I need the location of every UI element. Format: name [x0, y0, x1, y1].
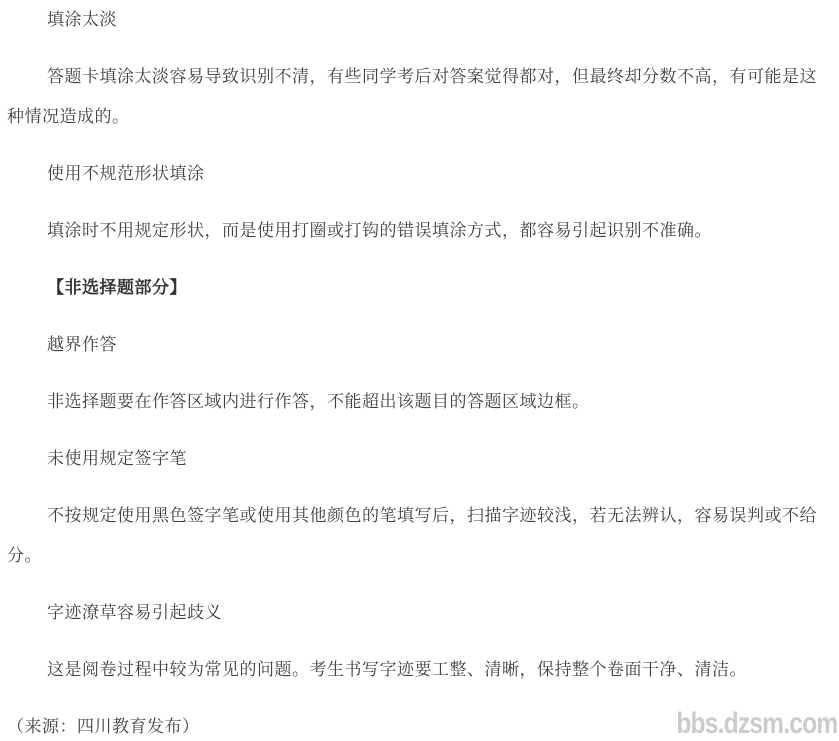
- watermark-text: bbs.dzsm.com: [676, 707, 837, 740]
- section-heading-non-multiple-choice: 【非选择题部分】: [7, 268, 831, 308]
- paragraph-sloppy-handwriting: 这是阅卷过程中较为常见的问题。考生书写字迹要工整、清晰，保持整个卷面干净、清洁。: [7, 650, 831, 690]
- subhead-fill-too-light: 填涂太淡: [7, 0, 831, 40]
- subhead-wrong-pen: 未使用规定签字笔: [7, 439, 831, 479]
- article-body: 填涂太淡 答题卡填涂太淡容易导致识别不清，有些同学考后对答案觉得都对，但最终却分…: [0, 0, 839, 741]
- paragraph-irregular-shape-fill: 填涂时不用规定形状，而是使用打圈或打钩的错误填涂方式，都容易引起识别不准确。: [7, 211, 831, 251]
- paragraph-out-of-bounds-answer: 非选择题要在作答区域内进行作答，不能超出该题目的答题区域边框。: [7, 382, 831, 422]
- subhead-irregular-shape-fill: 使用不规范形状填涂: [7, 154, 831, 194]
- subhead-sloppy-handwriting: 字迹潦草容易引起歧义: [7, 593, 831, 633]
- paragraph-wrong-pen: 不按规定使用黑色签字笔或使用其他颜色的笔填写后，扫描字迹较浅，若无法辨认，容易误…: [7, 496, 831, 576]
- watermark-site-logo: bbs.dzsm.com: [676, 707, 837, 741]
- subhead-out-of-bounds-answer: 越界作答: [7, 325, 831, 365]
- paragraph-fill-too-light: 答题卡填涂太淡容易导致识别不清，有些同学考后对答案觉得都对，但最终却分数不高，有…: [7, 57, 831, 137]
